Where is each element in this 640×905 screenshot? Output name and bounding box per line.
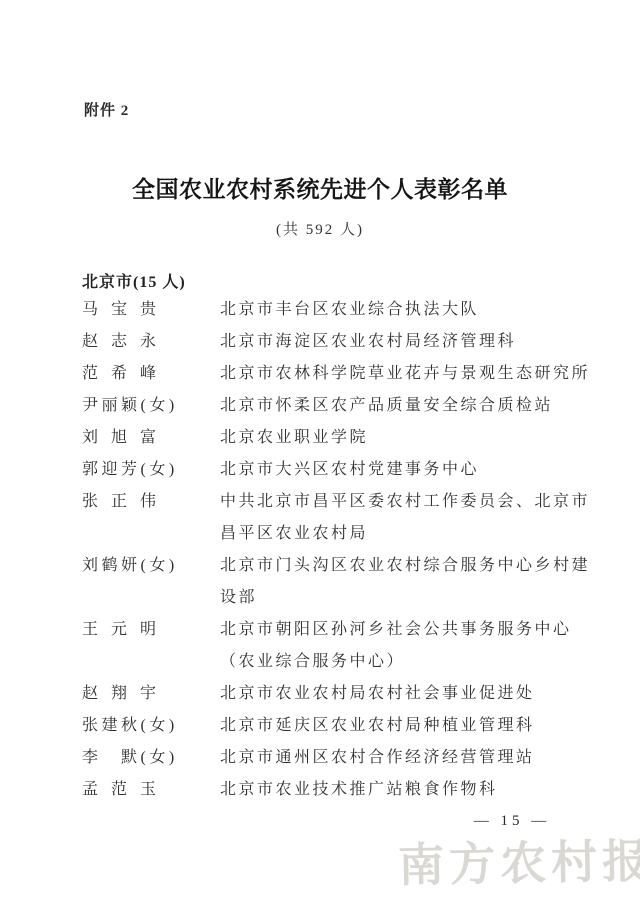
person-organization: 北京农业职业学院	[220, 422, 594, 454]
organization-line: 北京市大兴区农村党建事务中心	[220, 454, 594, 486]
section-heading-beijing: 北京市(15 人)	[82, 269, 186, 292]
person-name: 赵翔宇	[82, 678, 220, 710]
table-row: 李 默(女)北京市通州区农村合作经济经营管理站	[82, 742, 594, 774]
organization-line: 北京市门头沟区农业农村综合服务中心乡村建	[220, 550, 594, 582]
organization-line: 昌平区农业农村局	[220, 518, 594, 550]
person-name: 赵志永	[82, 326, 220, 358]
subtitle-total-count: (共 592 人)	[0, 218, 640, 239]
person-organization: 北京市农业农村局农村社会事业促进处	[220, 678, 594, 710]
person-name: 张正伟	[82, 486, 220, 518]
table-row: 赵志永北京市海淀区农业农村局经济管理科	[82, 326, 594, 358]
table-row: 王元明北京市朝阳区孙河乡社会公共事务服务中心（农业综合服务中心）	[82, 614, 594, 678]
organization-line: 北京市农业技术推广站粮食作物科	[220, 774, 594, 806]
organization-line: 北京市海淀区农业农村局经济管理科	[220, 326, 594, 358]
person-name: 尹丽颖(女)	[82, 390, 220, 422]
organization-line: 北京市丰台区农业综合执法大队	[220, 294, 594, 326]
person-organization: 北京市海淀区农业农村局经济管理科	[220, 326, 594, 358]
organization-line: 北京市怀柔区农产品质量安全综合质检站	[220, 390, 594, 422]
person-name: 郭迎芳(女)	[82, 454, 220, 486]
person-name: 刘鹤妍(女)	[82, 550, 220, 582]
person-organization: 北京市丰台区农业综合执法大队	[220, 294, 594, 326]
person-name: 刘旭富	[82, 422, 220, 454]
person-organization: 北京市朝阳区孙河乡社会公共事务服务中心（农业综合服务中心）	[220, 614, 594, 678]
person-organization: 北京市农业技术推广站粮食作物科	[220, 774, 594, 806]
table-row: 马宝贵北京市丰台区农业综合执法大队	[82, 294, 594, 326]
person-name: 孟范玉	[82, 774, 220, 806]
organization-line: 设部	[220, 582, 594, 614]
roster-list: 马宝贵北京市丰台区农业综合执法大队赵志永北京市海淀区农业农村局经济管理科范希峰北…	[82, 294, 594, 806]
person-organization: 北京市延庆区农业农村局种植业管理科	[220, 710, 594, 742]
organization-line: 北京农业职业学院	[220, 422, 594, 454]
person-name: 李 默(女)	[82, 742, 220, 774]
person-organization: 北京市大兴区农村党建事务中心	[220, 454, 594, 486]
person-organization: 北京市门头沟区农业农村综合服务中心乡村建设部	[220, 550, 594, 614]
person-organization: 中共北京市昌平区委农村工作委员会、北京市昌平区农业农村局	[220, 486, 594, 550]
organization-line: 北京市延庆区农业农村局种植业管理科	[220, 710, 594, 742]
organization-line: 中共北京市昌平区委农村工作委员会、北京市	[220, 486, 594, 518]
table-row: 孟范玉北京市农业技术推广站粮食作物科	[82, 774, 594, 806]
organization-line: 北京市朝阳区孙河乡社会公共事务服务中心	[220, 614, 594, 646]
organization-line: 北京市通州区农村合作经济经营管理站	[220, 742, 594, 774]
person-organization: 北京市农林科学院草业花卉与景观生态研究所	[220, 358, 594, 390]
table-row: 刘旭富北京农业职业学院	[82, 422, 594, 454]
person-name: 马宝贵	[82, 294, 220, 326]
page-title: 全国农业农村系统先进个人表彰名单	[0, 171, 640, 204]
attachment-label: 附件 2	[84, 99, 129, 120]
table-row: 张建秋(女)北京市延庆区农业农村局种植业管理科	[82, 710, 594, 742]
document-page: 附件 2 全国农业农村系统先进个人表彰名单 (共 592 人) 北京市(15 人…	[0, 0, 640, 905]
table-row: 郭迎芳(女)北京市大兴区农村党建事务中心	[82, 454, 594, 486]
table-row: 范希峰北京市农林科学院草业花卉与景观生态研究所	[82, 358, 594, 390]
table-row: 刘鹤妍(女)北京市门头沟区农业农村综合服务中心乡村建设部	[82, 550, 594, 614]
person-name: 张建秋(女)	[82, 710, 220, 742]
organization-line: 北京市农业农村局农村社会事业促进处	[220, 678, 594, 710]
table-row: 张正伟中共北京市昌平区委农村工作委员会、北京市昌平区农业农村局	[82, 486, 594, 550]
person-name: 范希峰	[82, 358, 220, 390]
person-organization: 北京市通州区农村合作经济经营管理站	[220, 742, 594, 774]
organization-line: （农业综合服务中心）	[220, 646, 594, 678]
table-row: 赵翔宇北京市农业农村局农村社会事业促进处	[82, 678, 594, 710]
person-organization: 北京市怀柔区农产品质量安全综合质检站	[220, 390, 594, 422]
person-name: 王元明	[82, 614, 220, 646]
table-row: 尹丽颖(女)北京市怀柔区农产品质量安全综合质检站	[82, 390, 594, 422]
watermark-southern-rural-news: 南方农村报	[397, 825, 640, 895]
organization-line: 北京市农林科学院草业花卉与景观生态研究所	[220, 358, 594, 390]
